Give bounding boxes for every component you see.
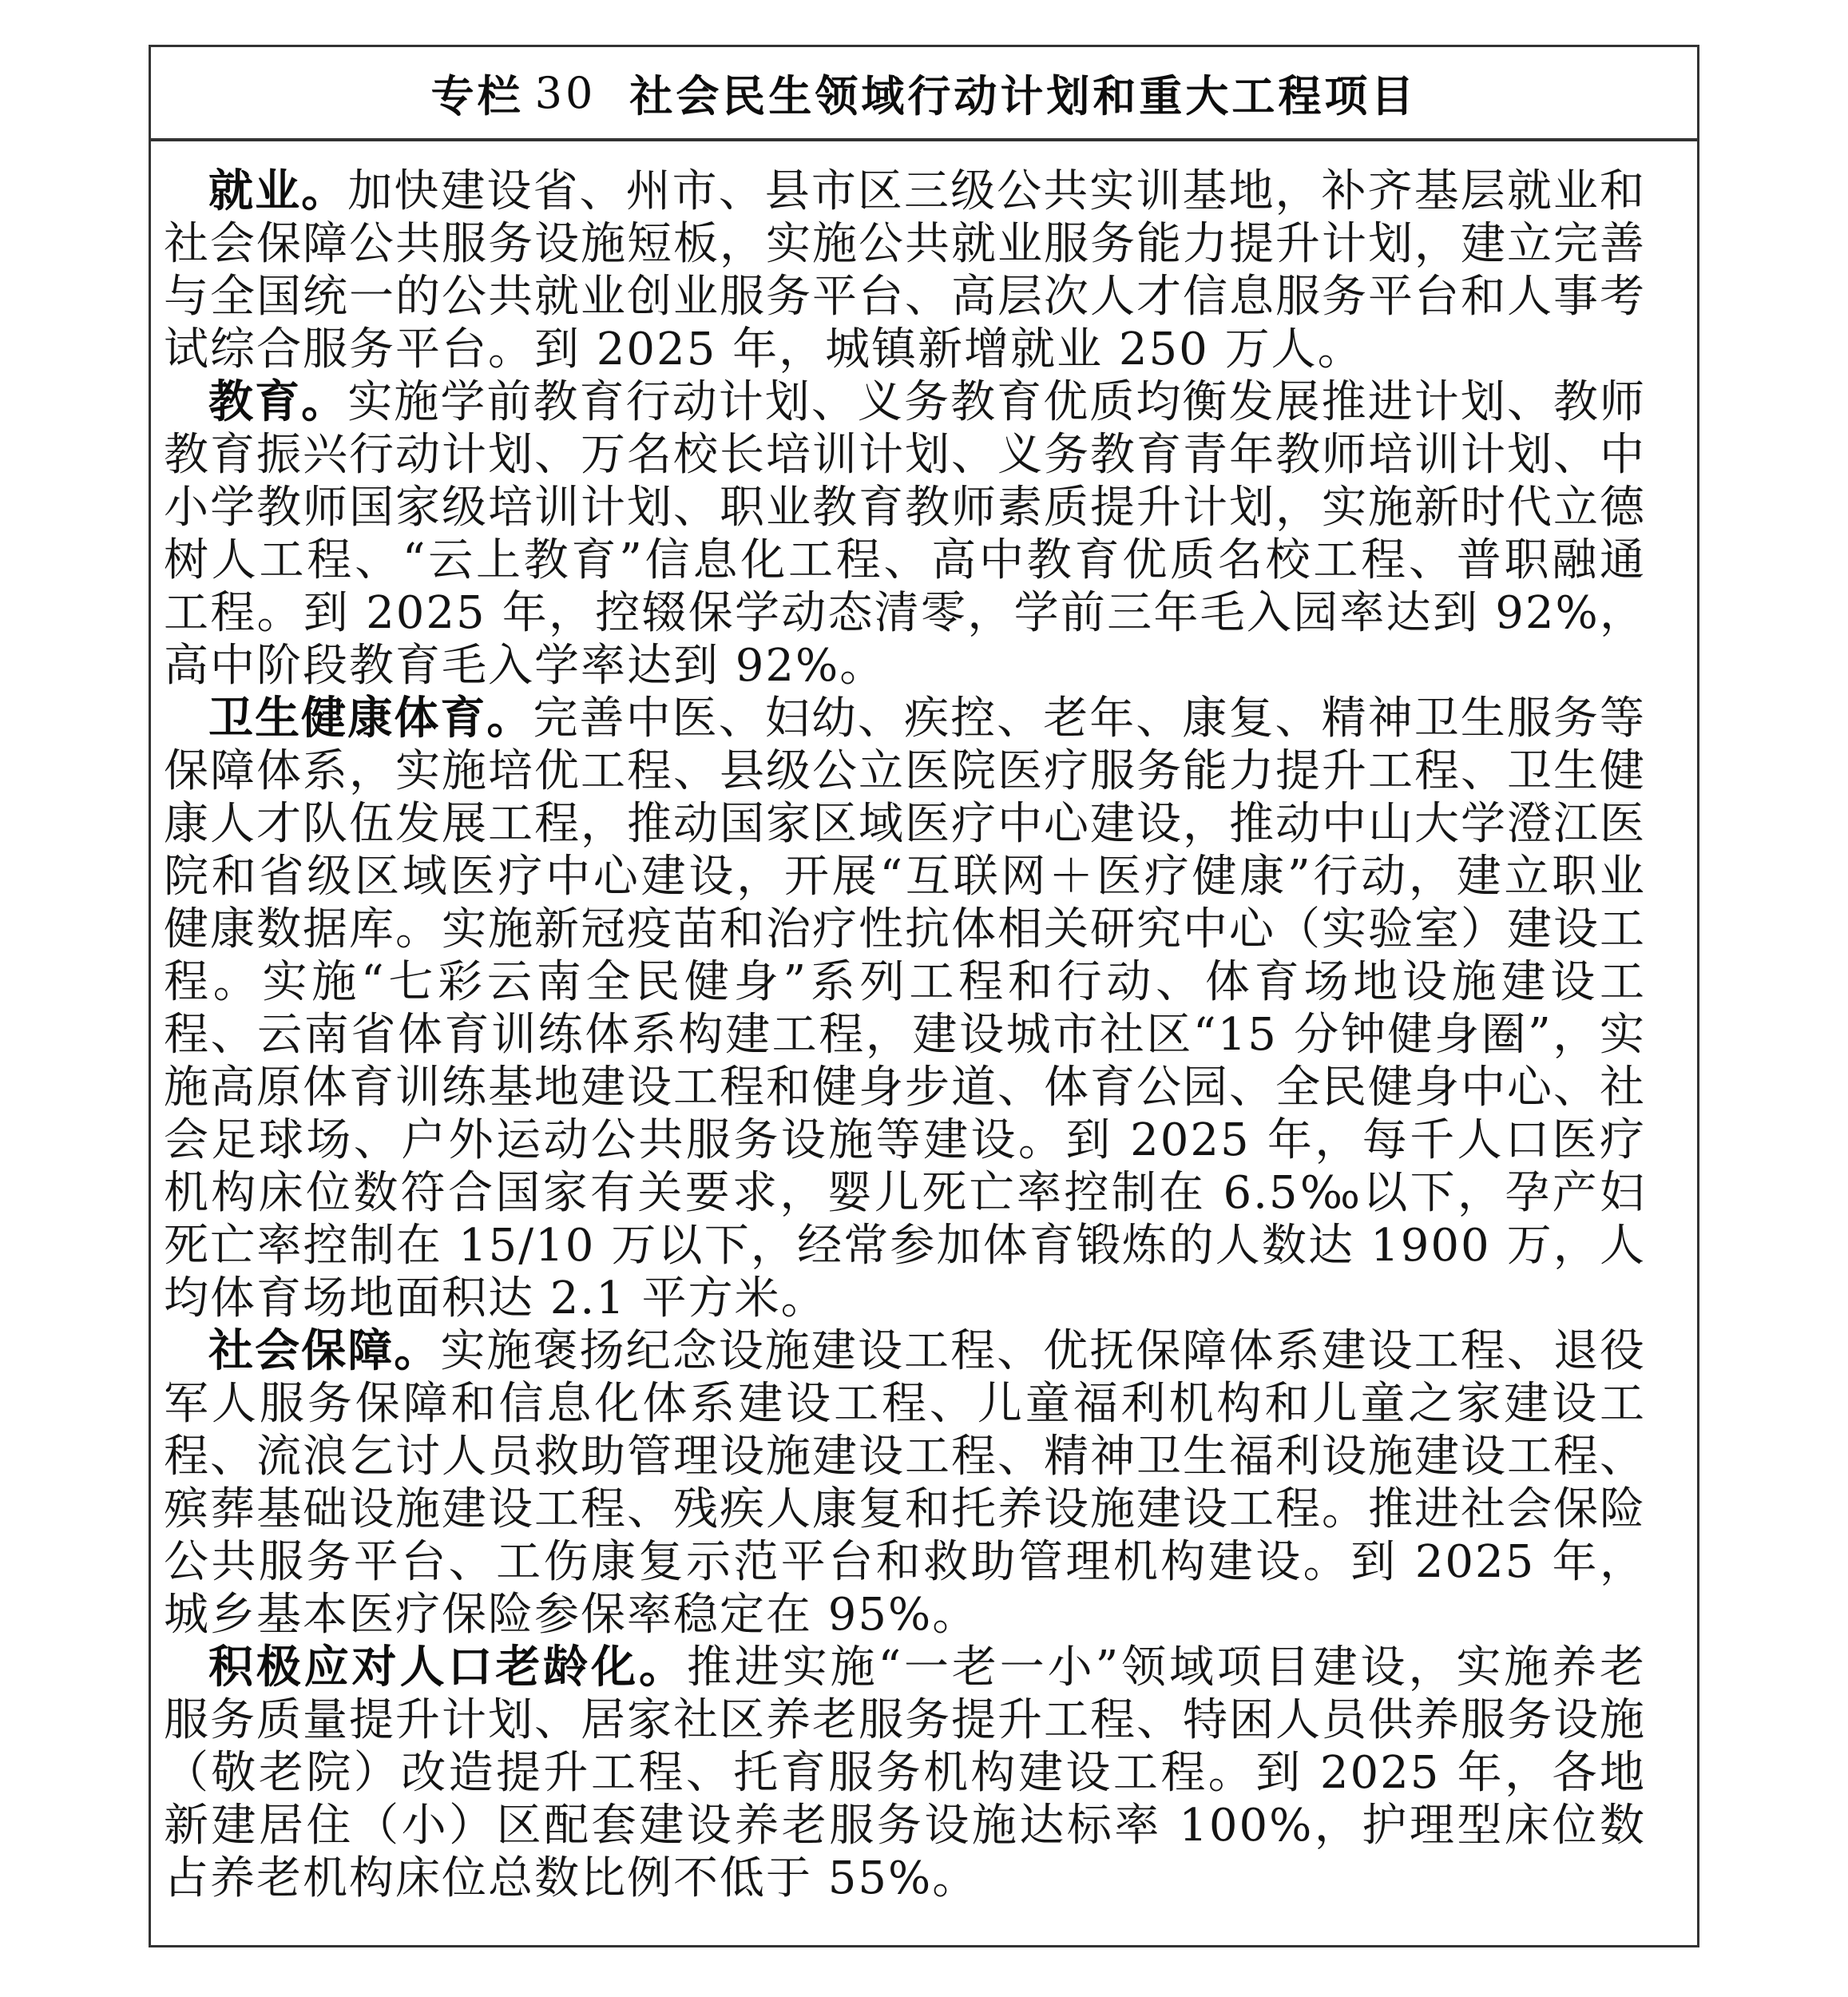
box-title-prefix: 专栏 [431,62,524,124]
paragraph-education: 教育。实施学前教育行动计划、义务教育优质均衡发展推进计划、教师教育振兴行动计划、… [164,376,1646,693]
paragraph-employment-text: 加快建设省、州市、县市区三级公共实训基地，补齐基层就业和社会保障公共服务设施短板… [164,165,1646,375]
paragraph-employment: 就业。加快建设省、州市、县市区三级公共实训基地，补齐基层就业和社会保障公共服务设… [164,165,1646,376]
paragraph-health-sports-text: 完善中医、妇幼、疾控、老年、康复、精神卫生服务等保障体系，实施培优工程、县级公立… [164,693,1646,1324]
box-title: 专栏 30 社会民生领域行动计划和重大工程项目 [151,47,1697,141]
column-box: 专栏 30 社会民生领域行动计划和重大工程项目 就业。加快建设省、州市、县市区三… [149,45,1699,1947]
box-title-text: 社会民生领域行动计划和重大工程项目 [629,62,1417,124]
paragraph-education-lead: 教育。 [208,376,347,428]
paragraph-health-sports-lead: 卫生健康体育。 [208,693,533,744]
paragraph-employment-lead: 就业。 [208,165,347,217]
document-page: { "page": { "background_color": "#ffffff… [0,0,1848,1997]
paragraph-education-text: 实施学前教育行动计划、义务教育优质均衡发展推进计划、教师教育振兴行动计划、万名校… [164,376,1646,692]
paragraph-aging: 积极应对人口老龄化。推进实施“一老一小”领域项目建设，实施养老服务质量提升计划、… [164,1642,1646,1905]
paragraph-health-sports: 卫生健康体育。完善中医、妇幼、疾控、老年、康复、精神卫生服务等保障体系，实施培优… [164,693,1646,1325]
paragraph-aging-lead: 积极应对人口老龄化。 [208,1642,687,1693]
paragraph-social-security-lead: 社会保障。 [208,1325,440,1377]
box-title-number: 30 [535,68,597,118]
paragraph-social-security: 社会保障。实施褒扬纪念设施建设工程、优抚保障体系建设工程、退役军人服务保障和信息… [164,1325,1646,1642]
box-body: 就业。加快建设省、州市、县市区三级公共实训基地，补齐基层就业和社会保障公共服务设… [151,141,1697,1905]
